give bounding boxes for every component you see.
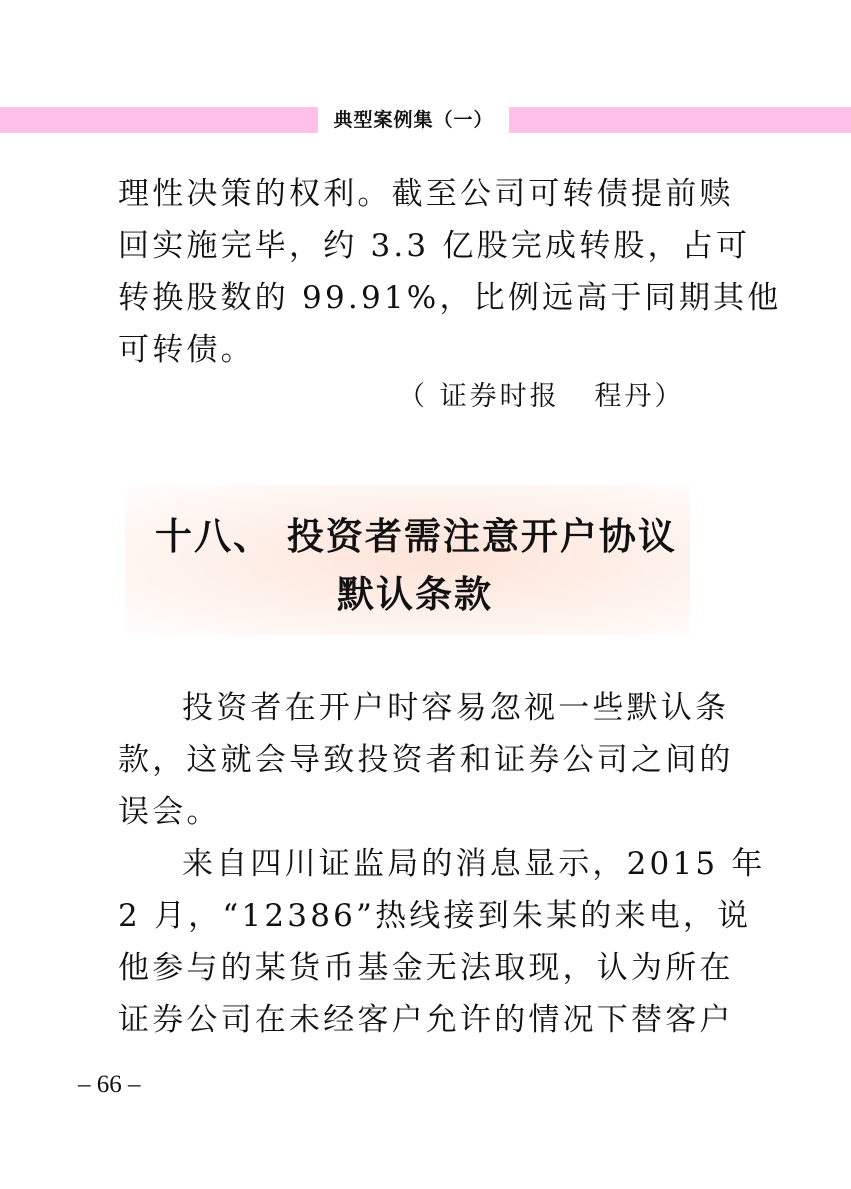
text-line: 投资者在开户时容易忽视一些默认条 [118,682,718,734]
text-line: 误会。 [118,786,718,838]
section-title-line-2: 默认条款 [337,566,851,622]
text-line: 可转债。 [118,324,718,376]
text-line: 来自四川证监局的消息显示，2015 年 [118,838,718,890]
running-header-title: 典型案例集（一） [318,105,509,135]
text-line: 转换股数的 99.91%，比例远高于同期其他 [118,272,718,324]
article-source-attribution: （ 证券时报 程丹） [398,375,684,419]
header-band-left [0,107,318,133]
text-line: 款，这就会导致投资者和证券公司之间的 [118,734,718,786]
text-line: 他参与的某货币基金无法取现，认为所在 [118,942,718,994]
section-title-line-1: 十八、 投资者需注意开户协议 [155,508,720,564]
header-band-right [509,107,851,133]
body-paragraph-2: 来自四川证监局的消息显示，2015 年 2 月，“12386”热线接到朱某的来电… [118,838,718,1046]
text-line: 理性决策的权利。截至公司可转债提前赎 [118,168,718,220]
text-line: 证券公司在未经客户允许的情况下替客户 [118,994,718,1046]
previous-article-text: 理性决策的权利。截至公司可转债提前赎 回实施完毕，约 3.3 亿股完成转股，占可… [118,168,718,376]
body-paragraph-1: 投资者在开户时容易忽视一些默认条 款，这就会导致投资者和证券公司之间的 误会。 [118,682,718,838]
text-line: 2 月，“12386”热线接到朱某的来电，说 [118,890,718,942]
text-line: 回实施完毕，约 3.3 亿股完成转股，占可 [118,220,718,272]
page-number: – 66 – [78,1068,141,1102]
